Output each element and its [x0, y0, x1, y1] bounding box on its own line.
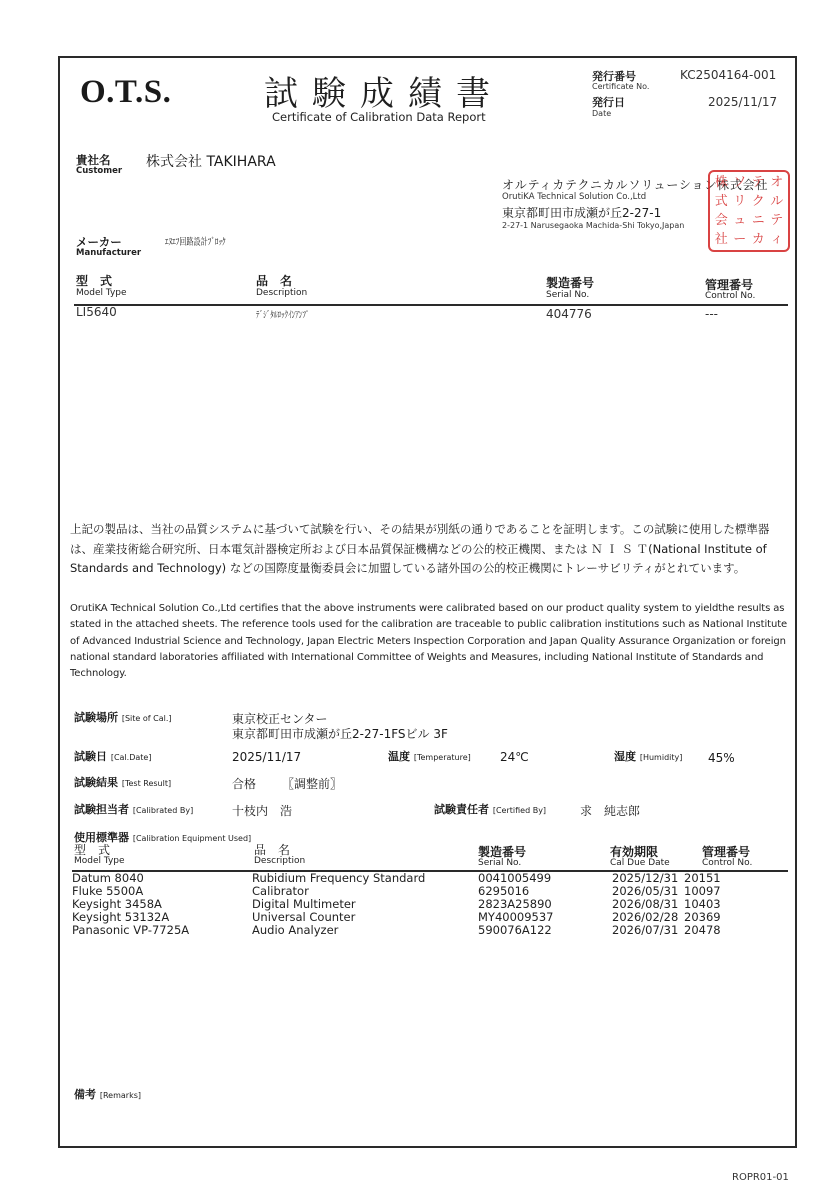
humidity-label: 湿度 [Humidity] — [614, 748, 682, 764]
product-header-description: 品 名 — [256, 272, 292, 289]
site-label: 試験場所 [Site of Cal.] — [74, 709, 172, 725]
equip-header-serial-en: Serial No. — [478, 858, 521, 868]
seal-character: ニ — [752, 213, 765, 228]
cal-date-label: 試験日 [Cal.Date] — [74, 748, 151, 764]
equipment-due: 2026/07/31 — [612, 924, 678, 937]
certificate-no-label-en: Certificate No. — [592, 82, 649, 91]
certified-by: 求 純志郎 — [580, 802, 640, 819]
seal-character: ー — [733, 232, 746, 247]
certificate-no: KC2504164-001 — [680, 68, 776, 82]
temperature-label: 温度 [Temperature] — [388, 748, 471, 764]
calibrated-by-label: 試験担当者 [Calibrated By] — [74, 801, 193, 817]
issue-date: 2025/11/17 — [708, 95, 777, 109]
equipment-model: Panasonic VP-7725A — [72, 924, 189, 937]
seal-column: オルティ — [768, 175, 787, 247]
seal-character: テ — [752, 175, 765, 190]
product-header-model-en: Model Type — [76, 288, 127, 298]
seal-character: 社 — [715, 232, 728, 247]
seal-character: テ — [770, 213, 783, 228]
seal-column: 株式会社 — [712, 175, 731, 247]
equip-header-model-en: Model Type — [74, 856, 125, 866]
equipment-control: 20478 — [684, 924, 721, 937]
product-serial: 404776 — [546, 307, 592, 321]
certificate-frame: O.T.S. 試験成績書 Certificate of Calibration … — [58, 56, 797, 1148]
product-header-control-en: Control No. — [705, 291, 755, 301]
equipment-serial: 590076A122 — [478, 924, 552, 937]
test-result-note: 〖調整前〗 — [282, 775, 342, 792]
date-label-en: Date — [592, 109, 611, 118]
test-result: 合格 — [232, 775, 256, 792]
product-header-serial-en: Serial No. — [546, 290, 589, 300]
temperature-value: 24℃ — [500, 750, 529, 764]
product-model: LI5640 — [76, 305, 117, 319]
humidity-value: 45% — [708, 751, 735, 765]
product-header-model: 型 式 — [76, 272, 112, 289]
issuer-name-en: OrutiKA Technical Solution Co.,Ltd — [502, 192, 646, 202]
seal-character: 株 — [715, 175, 728, 190]
manufacturer-label-en: Manufacturer — [76, 248, 141, 258]
calibrated-by: 十枝内 浩 — [232, 802, 292, 819]
test-result-label: 試験結果 [Test Result] — [74, 774, 171, 790]
equip-header-description-en: Description — [254, 856, 305, 866]
date-label: 発行日 — [592, 94, 625, 110]
seal-character: カ — [752, 232, 765, 247]
equipment-description: Audio Analyzer — [252, 924, 338, 937]
seal-character: ル — [770, 194, 783, 209]
certification-statement-en: OrutiKA Technical Solution Co.,Ltd certi… — [70, 601, 795, 682]
seal-column: ソリュー — [731, 175, 750, 247]
seal-character: ク — [752, 194, 765, 209]
seal-character: オ — [770, 175, 783, 190]
certified-by-label: 試験責任者 [Certified By] — [434, 801, 546, 817]
company-seal-stamp: 株式会社ソリューテクニカオルティ — [708, 170, 790, 252]
document-title: 試験成績書 — [264, 66, 504, 115]
remarks-label: 備考 [Remarks] — [74, 1086, 141, 1102]
company-logo: O.T.S. — [80, 74, 171, 111]
equip-header-control-en: Control No. — [702, 858, 752, 868]
site-address: 東京都町田市成瀬が丘2-27-1FSビル 3F — [232, 725, 448, 742]
customer-label-en: Customer — [76, 166, 122, 176]
issuer-address-en: 2-27-1 Narusegaoka Machida-Shi Tokyo,Jap… — [502, 221, 684, 230]
seal-column: テクニカ — [749, 175, 768, 247]
equip-header-rule — [72, 870, 788, 872]
product-control: --- — [705, 307, 718, 321]
customer-name: 株式会社 TAKIHARA — [146, 151, 276, 171]
product-header-description-en: Description — [256, 288, 307, 298]
document-subtitle: Certificate of Calibration Data Report — [272, 110, 486, 124]
product-description: ﾃﾞｼﾞﾀﾙﾛｯｸｲﾝｱﾝﾌﾟ — [256, 307, 309, 321]
product-header-rule — [74, 304, 788, 306]
seal-character: 式 — [715, 194, 728, 209]
equip-header-due-en: Cal Due Date — [610, 858, 670, 868]
seal-character: リ — [733, 194, 746, 209]
seal-character: ィ — [770, 232, 783, 247]
cal-date: 2025/11/17 — [232, 750, 301, 764]
manufacturer-name: ｴﾇｴﾌ回路設計ﾌﾞﾛｯｸ — [165, 234, 226, 248]
product-header-serial: 製造番号 — [546, 274, 594, 291]
issuer-address-jp: 東京都町田市成瀬が丘2-27-1 — [502, 204, 661, 221]
seal-character: ソ — [733, 175, 746, 190]
form-code: ROPR01-01 — [732, 1172, 789, 1183]
seal-character: ュ — [733, 213, 746, 228]
seal-character: 会 — [715, 213, 728, 228]
certification-statement-jp: 上記の製品は、当社の品質システムに基づいて試験を行い、その結果が別紙の通りである… — [70, 520, 790, 579]
